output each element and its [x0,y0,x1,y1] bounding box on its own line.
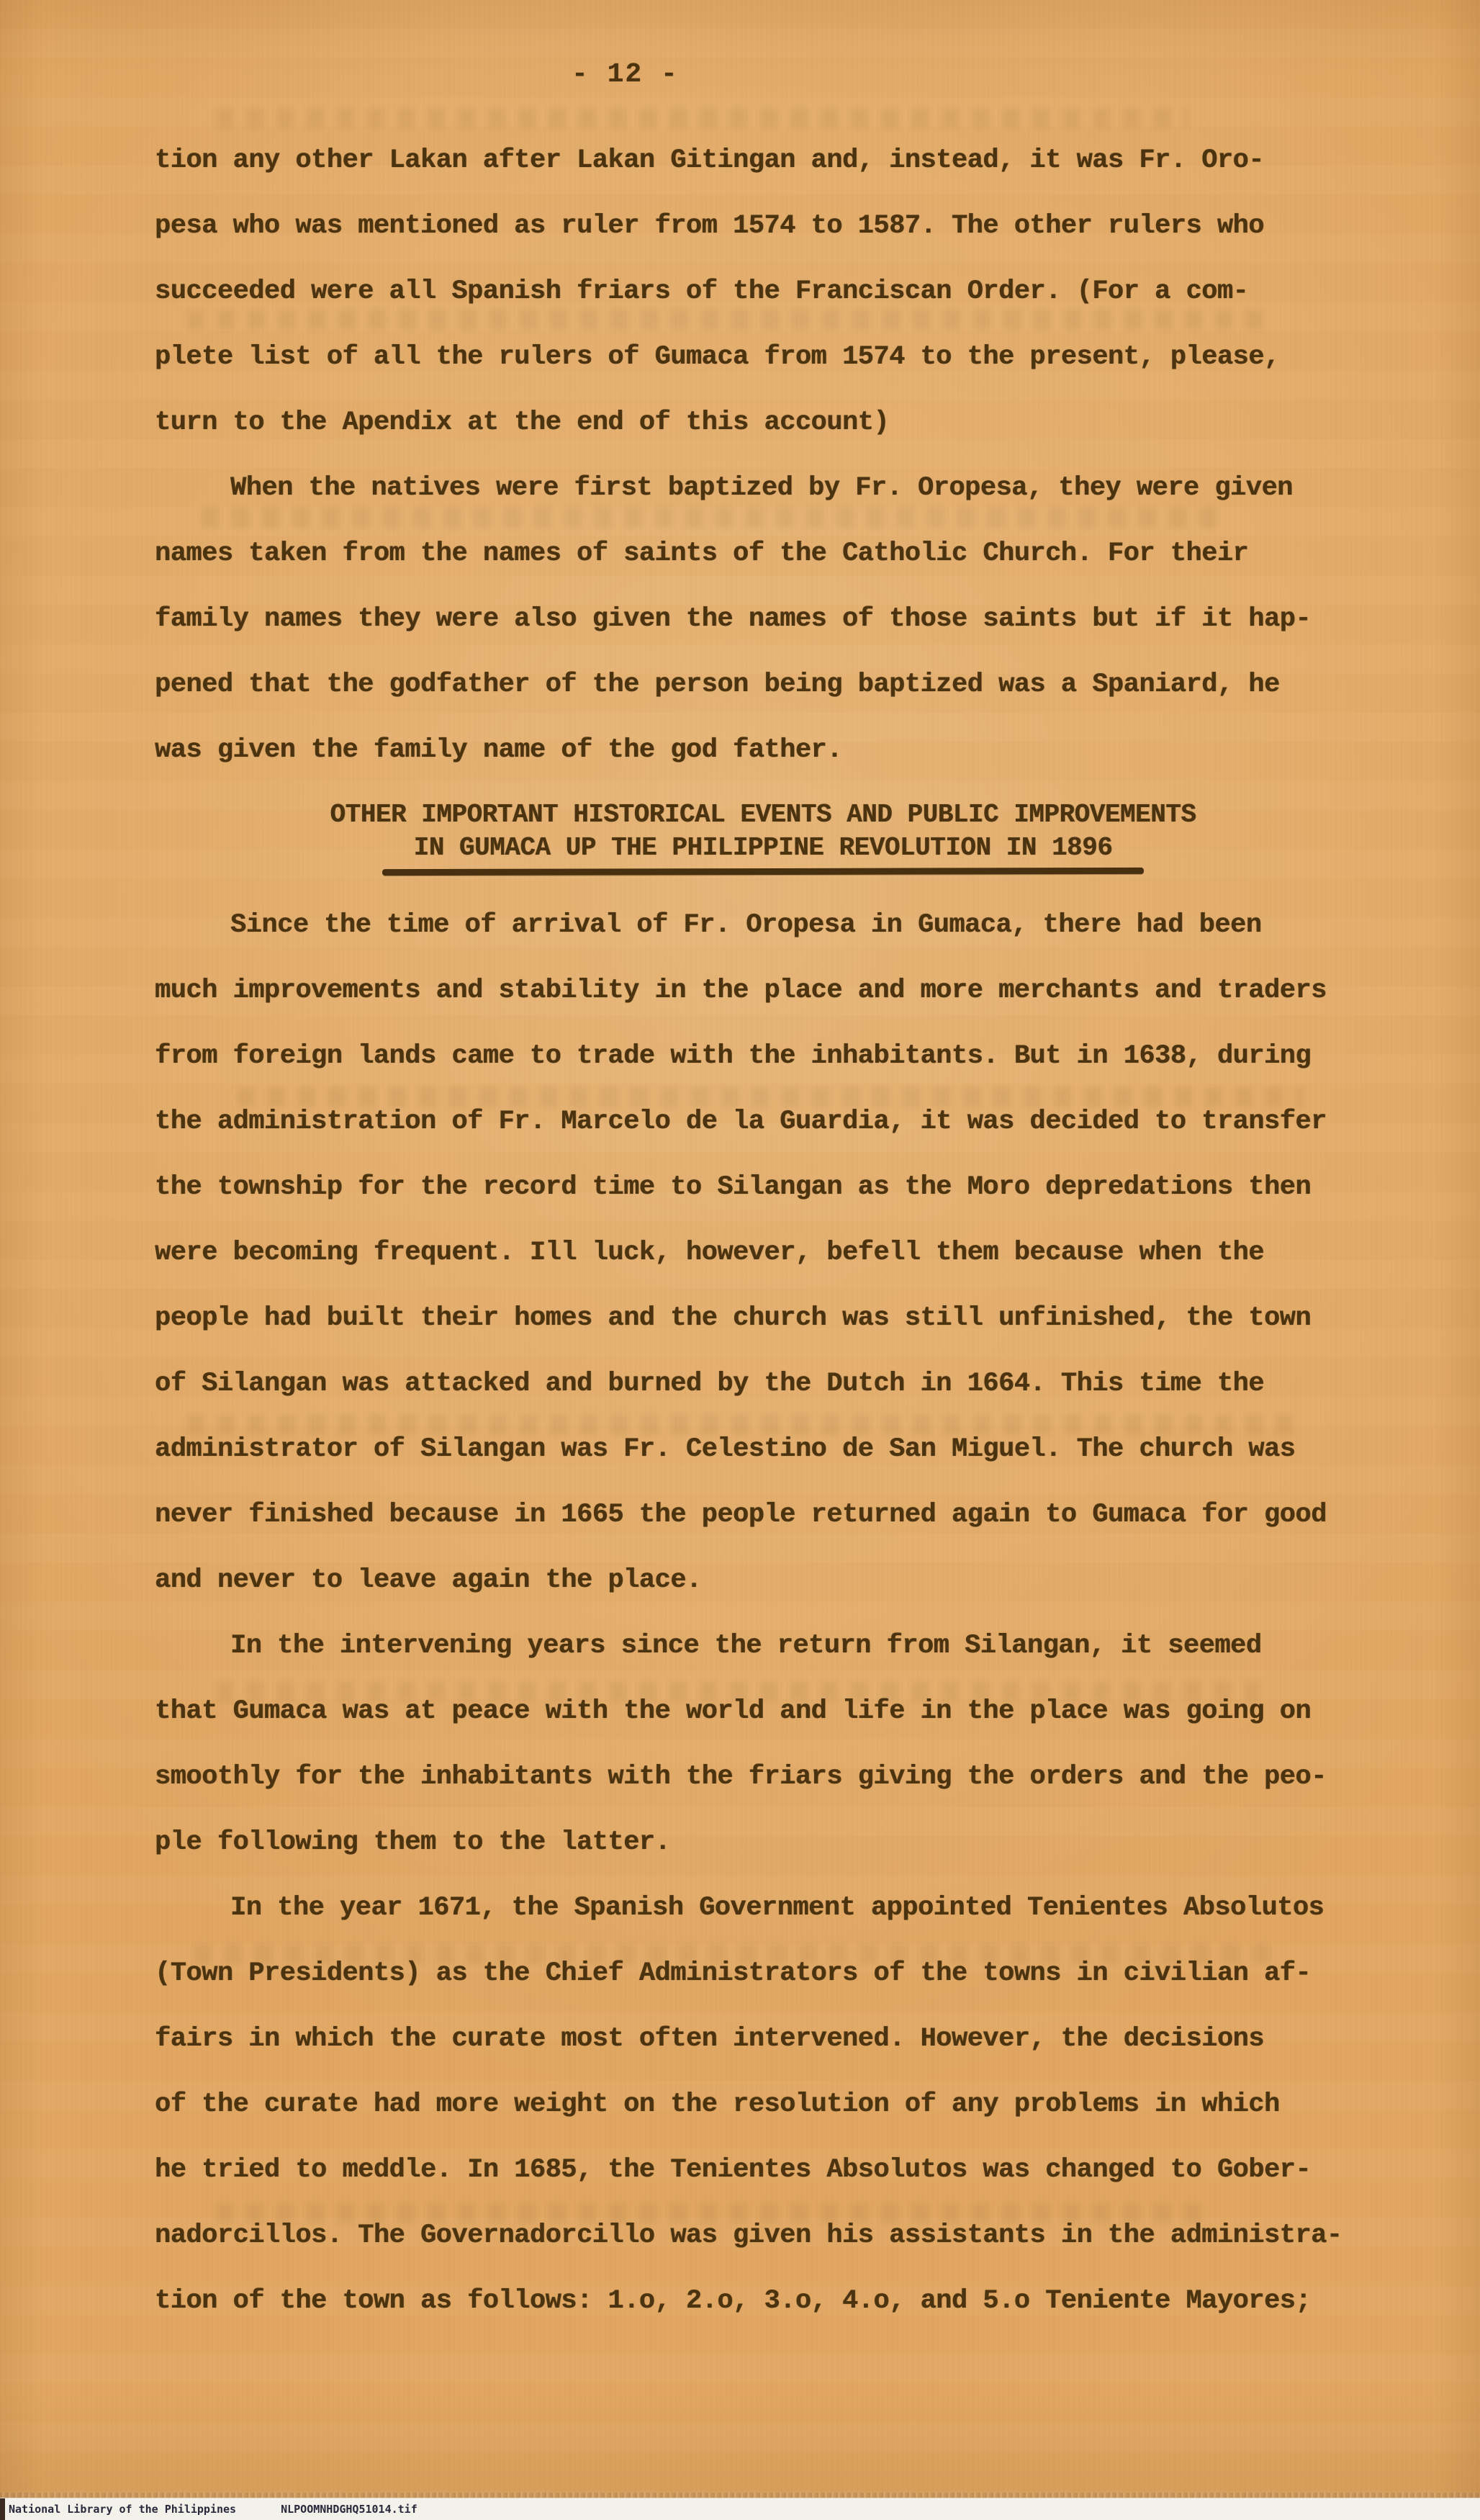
text-line: pened that the godfather of the person b… [155,668,1371,734]
text-line: family names they were also given the na… [155,603,1371,668]
text-line: of the curate had more weight on the res… [155,2088,1371,2154]
text-line: Since the time of arrival of Fr. Oropesa… [155,909,1371,974]
text-line: smoothly for the inhabitants with the fr… [155,1760,1371,1826]
text-line: In the intervening years since the retur… [155,1629,1371,1695]
text-line: ple following them to the latter. [155,1826,1371,1891]
text-line: was given the family name of the god fat… [155,734,1371,799]
text-line: the township for the record time to Sila… [155,1171,1371,1236]
text-line: When the natives were first baptized by … [155,472,1371,537]
text-line: (Town Presidents) as the Chief Administr… [155,1957,1371,2022]
page-number: - 12 - [572,59,679,90]
scan-footer-bar: National Library of the Philippines NLPO… [0,2498,1480,2520]
footer-filename: NLPOOMNHDGHQ51014.tif [281,2503,418,2516]
text-line: plete list of all the rulers of Gumaca f… [155,341,1371,406]
section-heading: OTHER IMPORTANT HISTORICAL EVENTS AND PU… [155,799,1371,875]
text-line: In the year 1671, the Spanish Government… [155,1891,1371,1957]
bleedthrough-smudge [216,108,1188,128]
text-line: turn to the Apendix at the end of this a… [155,406,1371,472]
text-line: were becoming frequent. Ill luck, howeve… [155,1236,1371,1302]
text-line: pesa who was mentioned as ruler from 157… [155,210,1371,275]
text-line: and never to leave again the place. [155,1564,1371,1629]
scanned-document-page: - 12 - tion any other Lakan after Lakan … [0,0,1480,2520]
text-line: the administration of Fr. Marcelo de la … [155,1105,1371,1171]
text-line: tion of the town as follows: 1.o, 2.o, 3… [155,2285,1371,2350]
text-line: he tried to meddle. In 1685, the Tenient… [155,2154,1371,2219]
text-line: from foreign lands came to trade with th… [155,1040,1371,1105]
text-line: succeeded were all Spanish friars of the… [155,275,1371,341]
text-line: fairs in which the curate most often int… [155,2022,1371,2088]
text-line: of Silangan was attacked and burned by t… [155,1367,1371,1433]
text-line: never finished because in 1665 the peopl… [155,1498,1371,1564]
heading-underline [382,868,1144,876]
heading-line: IN GUMACA UP THE PHILIPPINE REVOLUTION I… [155,832,1371,865]
text-line: people had built their homes and the chu… [155,1302,1371,1367]
heading-line: OTHER IMPORTANT HISTORICAL EVENTS AND PU… [155,799,1371,832]
text-line: names taken from the names of saints of … [155,537,1371,603]
scan-edge-artifact [0,2498,5,2520]
text-line: tion any other Lakan after Lakan Gitinga… [155,144,1371,210]
footer-library-label: National Library of the Philippines [9,2503,236,2516]
text-line: nadorcillos. The Governadorcillo was giv… [155,2219,1371,2285]
typewritten-text: tion any other Lakan after Lakan Gitinga… [155,144,1371,2350]
text-line: much improvements and stability in the p… [155,974,1371,1040]
text-line: administrator of Silangan was Fr. Celest… [155,1433,1371,1498]
text-line: that Gumaca was at peace with the world … [155,1695,1371,1760]
